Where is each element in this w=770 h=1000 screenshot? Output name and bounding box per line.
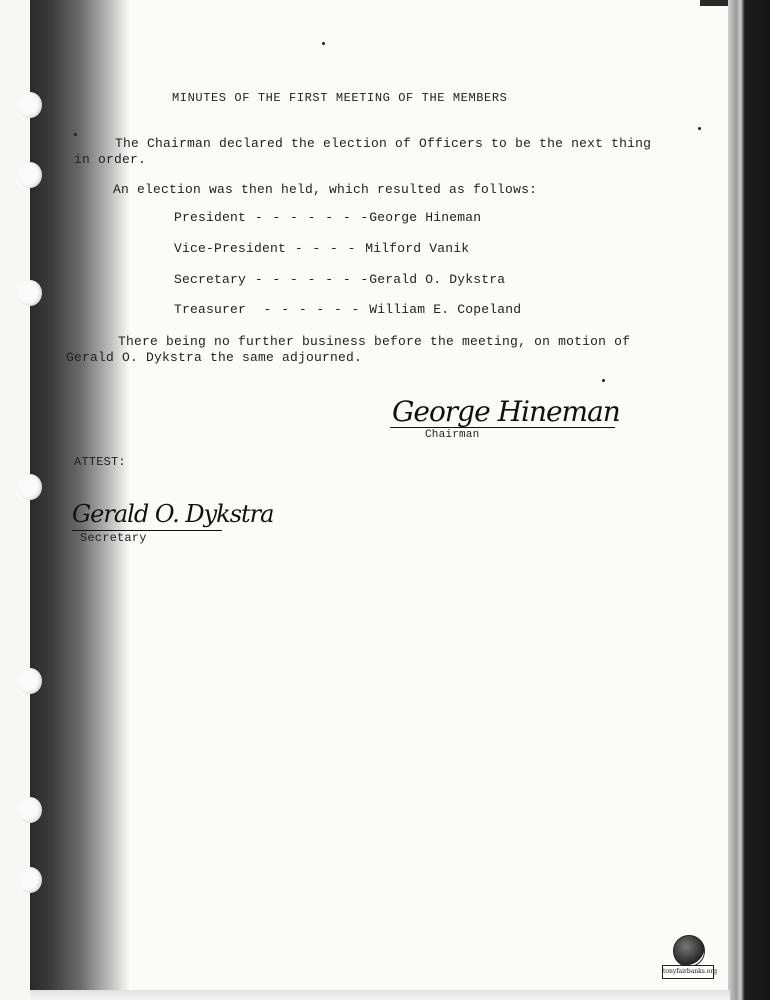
speck [322,42,325,45]
speck [74,133,77,136]
punch-hole [18,797,42,823]
paragraph-1-line-1: The Chairman declared the election of Of… [115,136,651,152]
paragraph-3-line-2: Gerald O. Dykstra the same adjourned. [66,350,362,366]
attest-label: ATTEST: [74,454,126,470]
punch-hole [18,280,42,306]
officer-dashes: - - - - - - [246,302,369,317]
scanned-page: MINUTES OF THE FIRST MEETING OF THE MEMB… [0,0,770,1000]
watermark-text: tonyfairbanks.org [662,965,714,979]
officer-role: Treasurer [174,302,246,317]
chairman-label: Chairman [425,427,479,443]
punch-hole [18,92,42,118]
chairman-signature: George Hineman [392,395,620,428]
officer-role: Vice-President [174,241,286,256]
officer-row: Treasurer - - - - - - William E. Copelan… [174,302,521,318]
officer-dashes: - - - - - - - [246,210,369,225]
paragraph-1-line-2: in order. [74,152,146,168]
secretary-label: Secretary [80,530,147,546]
speck [602,379,605,382]
officer-dashes: - - - - [286,241,365,256]
officer-row: Vice-President - - - - Milford Vanik [174,241,469,257]
watermark-logo: tonyfairbanks.org [662,935,714,981]
officer-role: Secretary [174,272,246,287]
document-title: MINUTES OF THE FIRST MEETING OF THE MEMB… [172,90,507,106]
hot-air-balloon-icon [673,935,705,967]
punch-hole [18,162,42,188]
officer-name: George Hineman [369,210,481,225]
secretary-signature: Gerald O. Dykstra [72,500,273,528]
punch-hole [18,474,42,500]
punch-hole [18,668,42,694]
paragraph-2: An election was then held, which resulte… [113,182,537,198]
officer-dashes: - - - - - - - [246,272,369,287]
paragraph-3-line-1: There being no further business before t… [118,334,630,350]
officer-name: William E. Copeland [369,302,521,317]
bottom-edge [30,990,730,1000]
speck [698,127,701,130]
chairman-signature-line [390,427,615,428]
punch-hole [18,867,42,893]
officer-name: Milford Vanik [365,241,469,256]
officer-role: President [174,210,246,225]
officer-name: Gerald O. Dykstra [369,272,505,287]
right-edge-shadow [728,0,770,1000]
left-margin [0,0,34,1000]
officer-row: Secretary - - - - - - -Gerald O. Dykstra [174,272,505,288]
officer-row: President - - - - - - -George Hineman [174,210,481,226]
